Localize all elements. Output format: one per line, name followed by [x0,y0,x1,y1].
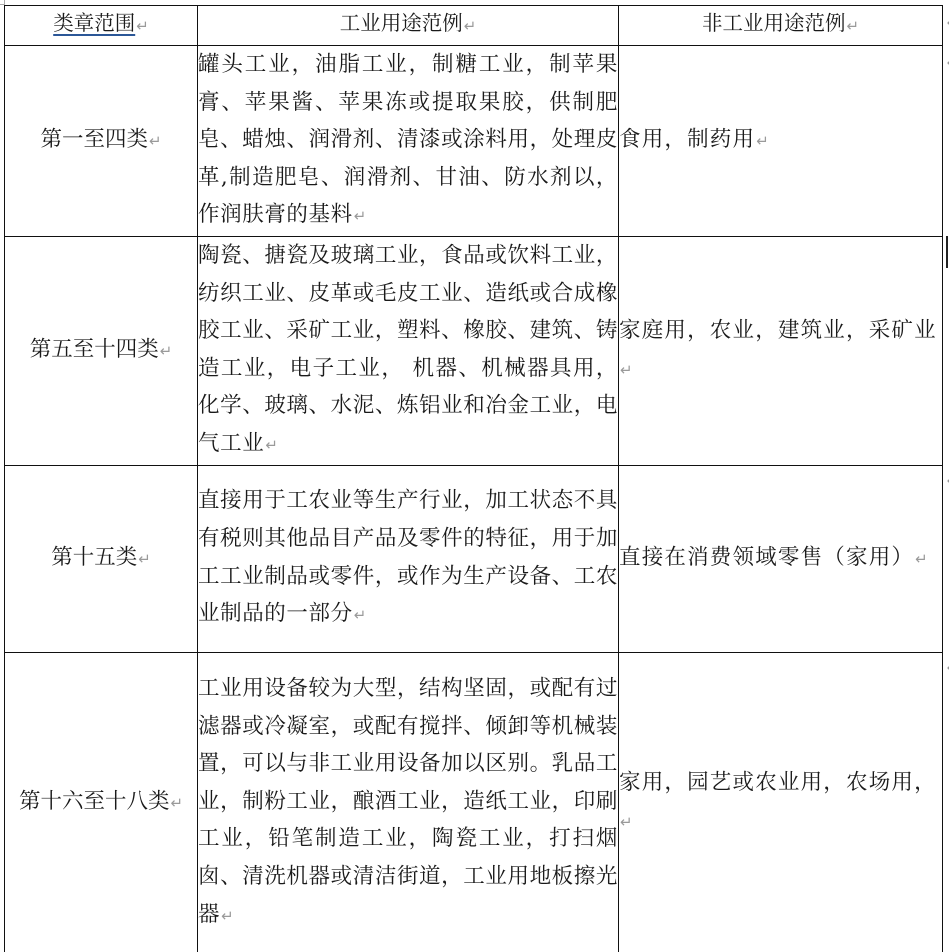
industrial-cell: 陶瓷、搪瓷及玻璃工业，食品或饮料工业，纺织工业、皮革或毛皮工业、造纸或合成橡胶工… [198,236,619,465]
non-industrial-cell: 家庭用，农业，建筑业，采矿业↵ [619,236,943,465]
category-cell: 第十六至十八类↵ [5,652,198,952]
paragraph-mark-icon: ↵ [756,132,770,150]
table-row: 第五至十四类↵ 陶瓷、搪瓷及玻璃工业，食品或饮料工业，纺织工业、皮革或毛皮工业、… [5,236,943,465]
paragraph-mark-icon: ↵ [160,342,173,360]
non-industrial-cell: 食用，制药用↵ [619,46,943,237]
paragraph-mark-icon: ↵ [846,17,859,35]
table-header-row: 类章范围↵ 工业用途范例↵ 非工业用途范例↵ [5,6,943,46]
paragraph-mark-icon: ↵ [136,17,149,35]
table-row: 第十五类↵ 直接用于工农业等生产行业，加工状态不具有税则其他品目产品及零件的特征… [5,465,943,652]
industrial-cell: 罐头工业，油脂工业，制糖工业，制苹果膏、苹果酱、苹果冻或提取果胶，供制肥皂、蜡烛… [198,46,619,237]
paragraph-mark-icon: ↵ [354,207,367,225]
category-cell: 第十五类↵ [5,465,198,652]
category-cell: 第五至十四类↵ [5,236,198,465]
paragraph-mark-icon: ↵ [170,794,183,812]
industrial-cell: 直接用于工农业等生产行业，加工状态不具有税则其他品目产品及零件的特征，用于加工工… [198,465,619,652]
table-row: 第一至四类↵ 罐头工业，油脂工业，制糖工业，制苹果膏、苹果酱、苹果冻或提取果胶，… [5,46,943,237]
non-industrial-cell: 直接在消费领域零售（家用）↵ [619,465,943,652]
non-industrial-cell: 家用，园艺或农业用，农场用，↵ [619,652,943,952]
header-category: 类章范围↵ [5,6,198,46]
usage-classification-table: 类章范围↵ 工业用途范例↵ 非工业用途范例↵ 第一至四类↵ 罐头工业，油脂工业，… [4,5,943,952]
table-row: 第十六至十八类↵ 工业用设备较为大型，结构坚固，或配有过滤器或冷凝室，或配有搅拌… [5,652,943,952]
paragraph-mark-icon: ↵ [915,550,929,568]
paragraph-mark-icon: ↵ [464,17,477,35]
paragraph-mark-icon: ↵ [354,606,367,624]
category-cell: 第一至四类↵ [5,46,198,237]
paragraph-mark-icon: ↵ [265,436,278,454]
paragraph-mark-icon: ↵ [138,550,151,568]
paragraph-mark-icon: ↵ [221,907,234,925]
industrial-cell: 工业用设备较为大型，结构坚固，或配有过滤器或冷凝室，或配有搅拌、倾卸等机械装置，… [198,652,619,952]
header-non-industrial: 非工业用途范例↵ [619,6,943,46]
paragraph-mark-icon: ↵ [149,132,162,150]
header-industrial: 工业用途范例↵ [198,6,619,46]
paragraph-mark-icon: ↵ [620,813,634,831]
table-resize-handle[interactable] [946,236,948,268]
paragraph-mark-icon: ↵ [620,361,634,379]
